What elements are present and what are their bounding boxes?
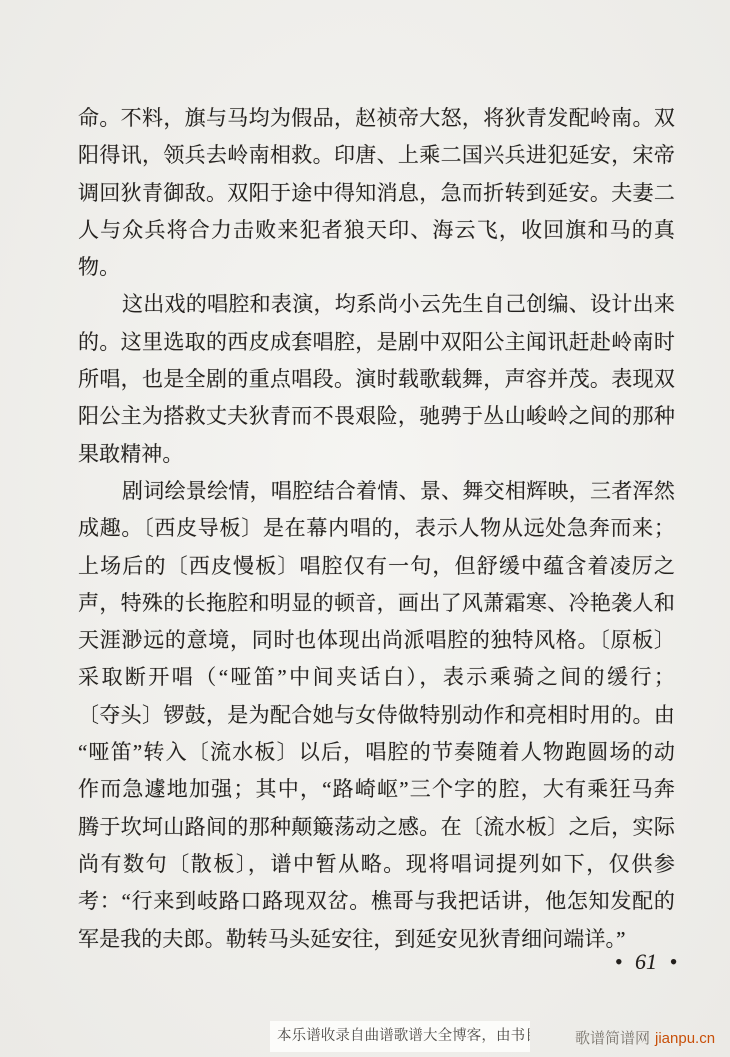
text-line: 调回狄青御敌。双阳于途中得知消息，急而折转到延安。夫妻二 — [78, 175, 675, 212]
text-line: 成趣。〔西皮导板〕是在幕内唱的，表示人物从远处急奔而来； — [78, 510, 675, 547]
text-line: 的。这里选取的西皮成套唱腔，是剧中双阳公主闻讯赶赴岭南时 — [78, 324, 675, 361]
text-line: 上场后的〔西皮慢板〕唱腔仅有一句，但舒缓中蕴含着凌厉之 — [78, 548, 675, 585]
scanned-book-page: 命。不料，旗与马均为假品，赵祯帝大怒，将狄青发配岭南。双阳得讯，领兵去岭南相救。… — [0, 0, 730, 1057]
text-line: 人与众兵将合力击败来犯者狼天印、海云飞，收回旗和马的真 — [78, 212, 675, 249]
text-line: 〔夺头〕锣鼓，是为配合她与女侍做特别动作和亮相时用的。由 — [78, 697, 675, 734]
watermark-box: 本乐谱收录自曲谱歌谱大全博客，由书目 — [270, 1021, 530, 1052]
text-line: 命。不料，旗与马均为假品，赵祯帝大怒，将狄青发配岭南。双 — [78, 100, 675, 137]
text-line: 声，特殊的长拖腔和明显的顿音，画出了风萧霜寒、冷艳袭人和 — [78, 585, 675, 622]
text-line: 军是我的夫郎。勒转马头延安往，到延安见狄青细问端详。” — [78, 921, 675, 958]
text-line: 这出戏的唱腔和表演，均系尚小云先生自己创编、设计出来 — [78, 286, 675, 323]
text-line: 尚有数句〔散板〕，谱中暂从略。现将唱词提列如下，仅供参 — [78, 846, 675, 883]
watermark-text: 本乐谱收录自曲谱歌谱大全博客，由书目 — [270, 1021, 530, 1052]
site-name: 歌谱简谱网 — [575, 1030, 650, 1047]
site-url: jianpu.cn — [655, 1030, 715, 1047]
site-watermark: 歌谱简谱网jianpu.cn — [575, 1030, 715, 1048]
text-line: 天涯渺远的意境，同时也体现出尚派唱腔的独特风格。〔原板〕 — [78, 622, 675, 659]
text-line: 阳得讯，领兵去岭南相救。印唐、上乘二国兴兵进犯延安，宋帝 — [78, 137, 675, 174]
page-number: • 61 • — [596, 949, 696, 975]
text-line: 果敢精神。 — [78, 436, 675, 473]
text-line: 考：“行来到岐路口路现双岔。樵哥与我把话讲，他怎知发配的 — [78, 883, 675, 920]
body-text: 命。不料，旗与马均为假品，赵祯帝大怒，将狄青发配岭南。双阳得讯，领兵去岭南相救。… — [78, 100, 675, 958]
text-line: “哑笛”转入〔流水板〕以后，唱腔的节奏随着人物跑圆场的动 — [78, 734, 675, 771]
text-line: 所唱，也是全剧的重点唱段。演时载歌载舞，声容并茂。表现双 — [78, 361, 675, 398]
text-line: 采取断开唱（“哑笛”中间夹话白），表示乘骑之间的缓行； — [78, 659, 675, 696]
text-line: 作而急遽地加强；其中，“路崎岖”三个字的腔，大有乘狂马奔 — [78, 771, 675, 808]
text-line: 腾于坎坷山路间的那种颠簸荡动之感。在〔流水板〕之后，实际 — [78, 809, 675, 846]
text-line: 物。 — [78, 249, 675, 286]
text-line: 剧词绘景绘情，唱腔结合着情、景、舞交相辉映，三者浑然 — [78, 473, 675, 510]
text-line: 阳公主为搭救丈夫狄青而不畏艰险，驰骋于丛山峻岭之间的那种 — [78, 398, 675, 435]
